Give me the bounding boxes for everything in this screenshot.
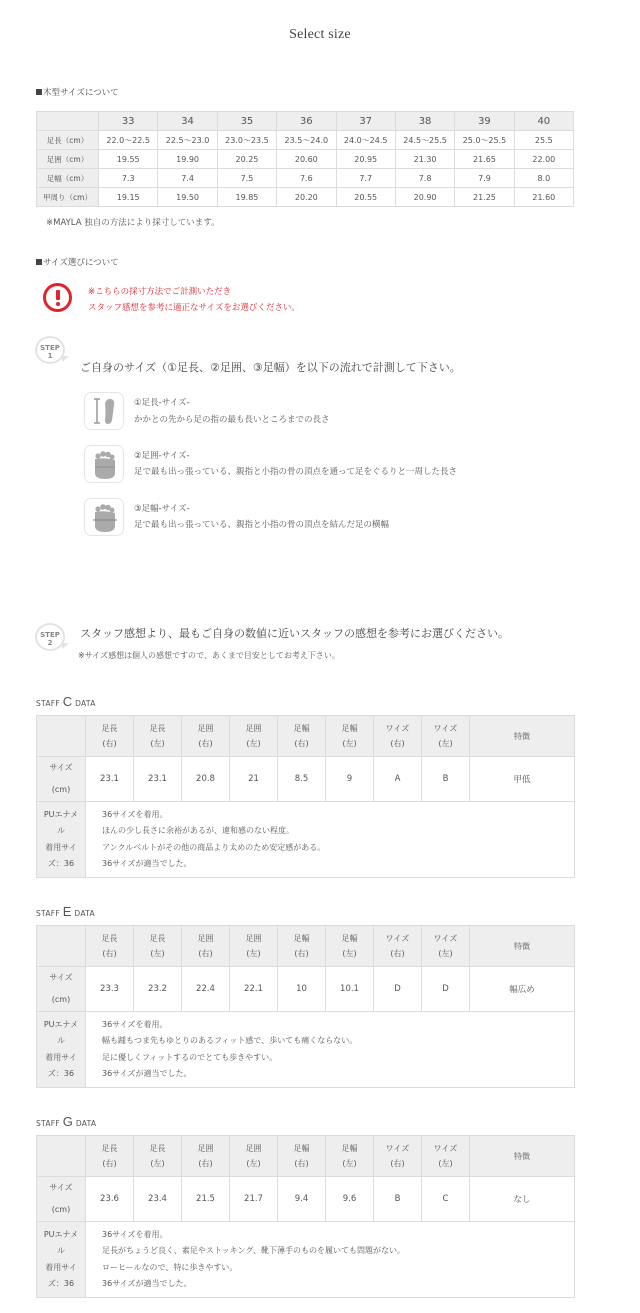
- table-cell: 23.1: [134, 757, 182, 802]
- feature-header: 特徴: [470, 1136, 575, 1177]
- table-cell: 20.60: [277, 150, 336, 169]
- table-cell: 7.7: [336, 169, 395, 188]
- staff-c-table: 足長(右) 足長(左) 足囲(右) 足囲(左) 足幅(右) 足幅(左) ワイズ(…: [36, 715, 575, 878]
- table-cell: 10: [278, 967, 326, 1012]
- last-size-heading: 木型サイズについて: [36, 86, 119, 98]
- measure-description: 足で最も出っ張っている、親指と小指の骨の頂点を結んだ足の横幅: [134, 518, 389, 530]
- table-cell: 23.3: [86, 967, 134, 1012]
- size-header: 40: [514, 112, 573, 131]
- table-cell: 23.4: [134, 1177, 182, 1222]
- table-cell: 19.90: [158, 150, 217, 169]
- table-cell: 21.7: [230, 1177, 278, 1222]
- row-label: PUエナメル着用サイズ：36: [37, 802, 86, 878]
- measure-description: かかとの先から足の指の最も長いところまでの長さ: [134, 413, 330, 425]
- table-cell: 22.00: [514, 150, 573, 169]
- table-cell: 21: [230, 757, 278, 802]
- table-cell: 21.25: [455, 188, 514, 207]
- staff-e-label: STAFF E DATA: [36, 904, 95, 919]
- size-header: 36: [277, 112, 336, 131]
- table-header-row: 足長(右) 足長(左) 足囲(右) 足囲(左) 足幅(右) 足幅(左) ワイズ(…: [37, 716, 575, 757]
- staff-c-label: STAFF C DATA: [36, 694, 96, 709]
- table-row: サイズ(cm) 23.3 23.2 22.4 22.1 10 10.1 D D …: [37, 967, 575, 1012]
- table-cell: 23.5〜24.0: [277, 131, 336, 150]
- table-row: サイズ(cm) 23.1 23.1 20.8 21 8.5 9 A B 甲低: [37, 757, 575, 802]
- table-cell: 22.5〜23.0: [158, 131, 217, 150]
- table-cell: 7.4: [158, 169, 217, 188]
- measure-title: ③足幅-サイズ-: [134, 502, 190, 514]
- feature-header: 特徴: [470, 926, 575, 967]
- feature-cell: なし: [470, 1177, 575, 1222]
- size-header: 35: [217, 112, 276, 131]
- table-cell: 21.30: [395, 150, 454, 169]
- table-cell: B: [422, 757, 470, 802]
- staff-e-table: 足長(右) 足長(左) 足囲(右) 足囲(左) 足幅(右) 足幅(左) ワイズ(…: [36, 925, 575, 1088]
- table-cell: 20.90: [395, 188, 454, 207]
- row-label: 足幅（cm）: [37, 169, 99, 188]
- table-cell: 19.50: [158, 188, 217, 207]
- size-guide-heading: サイズ選びについて: [36, 256, 119, 268]
- comment-cell: 36サイズを着用。ほんの少し長さに余裕があるが、違和感のない程度。アンクルベルト…: [86, 802, 575, 878]
- table-cell: 20.25: [217, 150, 276, 169]
- foot-girth-icon: [84, 445, 124, 483]
- table-cell: 22.1: [230, 967, 278, 1012]
- row-label: サイズ(cm): [37, 1177, 86, 1222]
- size-header: 38: [395, 112, 454, 131]
- table-cell: 21.5: [182, 1177, 230, 1222]
- warning-text: ※こちらの採寸方法でご計測いただき スタッフ感想を参考に適正なサイズをお選びくだ…: [88, 284, 300, 316]
- table-cell: 20.55: [336, 188, 395, 207]
- row-label: 足囲（cm）: [37, 150, 99, 169]
- table-cell: 7.6: [277, 169, 336, 188]
- table-cell: 22.0〜22.5: [99, 131, 158, 150]
- feature-header: 特徴: [470, 716, 575, 757]
- step-1-instruction: ご自身のサイズ（①足長、②足囲、③足幅）を以下の流れで計測して下さい。: [80, 359, 461, 375]
- step-2-badge: STEP2: [35, 623, 67, 653]
- size-header: 37: [336, 112, 395, 131]
- table-row: PUエナメル着用サイズ：36 36サイズを着用。足長がちょうど良く、素足やストッ…: [37, 1222, 575, 1298]
- corner-cell: [37, 112, 99, 131]
- table-cell: 8.5: [278, 757, 326, 802]
- table-row: 甲周り（cm） 19.15 19.50 19.85 20.20 20.55 20…: [37, 188, 574, 207]
- measurement-note: ※MAYLA 独自の方法により採寸しています。: [46, 216, 220, 228]
- table-cell: 23.2: [134, 967, 182, 1012]
- size-header: 33: [99, 112, 158, 131]
- table-header-row: 足長(右) 足長(左) 足囲(右) 足囲(左) 足幅(右) 足幅(左) ワイズ(…: [37, 1136, 575, 1177]
- table-cell: 8.0: [514, 169, 573, 188]
- step-1-badge: STEP1: [35, 336, 67, 366]
- size-header: 39: [455, 112, 514, 131]
- table-cell: 20.8: [182, 757, 230, 802]
- table-cell: 7.3: [99, 169, 158, 188]
- staff-g-label: STAFF G DATA: [36, 1114, 96, 1129]
- comment-cell: 36サイズを着用。幅も踵もつま先もゆとりのあるフィット感で、歩いても痛くならない…: [86, 1012, 575, 1088]
- square-bullet-icon: [36, 259, 42, 265]
- table-cell: 22.4: [182, 967, 230, 1012]
- table-cell: 23.1: [86, 757, 134, 802]
- last-size-table: 33 34 35 36 37 38 39 40 足長（cm） 22.0〜22.5…: [36, 111, 574, 207]
- square-bullet-icon: [36, 89, 42, 95]
- row-label: 足長（cm）: [37, 131, 99, 150]
- table-cell: 25.0〜25.5: [455, 131, 514, 150]
- table-cell: 9: [326, 757, 374, 802]
- measure-title: ②足囲-サイズ-: [134, 449, 190, 461]
- table-row: 足幅（cm） 7.3 7.4 7.5 7.6 7.7 7.8 7.9 8.0: [37, 169, 574, 188]
- table-cell: B: [374, 1177, 422, 1222]
- row-label: サイズ(cm): [37, 967, 86, 1012]
- table-cell: 21.65: [455, 150, 514, 169]
- size-header: 34: [158, 112, 217, 131]
- table-cell: 24.0〜24.5: [336, 131, 395, 150]
- row-label: 甲周り（cm）: [37, 188, 99, 207]
- table-cell: 20.20: [277, 188, 336, 207]
- table-row: サイズ(cm) 23.6 23.4 21.5 21.7 9.4 9.6 B C …: [37, 1177, 575, 1222]
- row-label: PUエナメル着用サイズ：36: [37, 1012, 86, 1088]
- page-title: Select size: [0, 27, 640, 43]
- table-cell: 7.8: [395, 169, 454, 188]
- table-cell: 24.5〜25.5: [395, 131, 454, 150]
- step-2-instruction: スタッフ感想より、最もご自身の数値に近いスタッフの感想を参考にお選びください。: [80, 625, 509, 641]
- table-cell: 9.4: [278, 1177, 326, 1222]
- table-cell: D: [422, 967, 470, 1012]
- table-cell: 23.6: [86, 1177, 134, 1222]
- table-cell: C: [422, 1177, 470, 1222]
- table-cell: 9.6: [326, 1177, 374, 1222]
- table-cell: 7.9: [455, 169, 514, 188]
- feature-cell: 甲低: [470, 757, 575, 802]
- table-row: PUエナメル着用サイズ：36 36サイズを着用。ほんの少し長さに余裕があるが、違…: [37, 802, 575, 878]
- staff-g-table: 足長(右) 足長(左) 足囲(右) 足囲(左) 足幅(右) 足幅(左) ワイズ(…: [36, 1135, 575, 1298]
- feature-cell: 幅広め: [470, 967, 575, 1012]
- table-header-row: 33 34 35 36 37 38 39 40: [37, 112, 574, 131]
- table-row: 足囲（cm） 19.55 19.90 20.25 20.60 20.95 21.…: [37, 150, 574, 169]
- table-cell: 10.1: [326, 967, 374, 1012]
- row-label: PUエナメル着用サイズ：36: [37, 1222, 86, 1298]
- table-cell: 19.15: [99, 188, 158, 207]
- measure-title: ①足長-サイズ-: [134, 396, 190, 408]
- table-cell: 20.95: [336, 150, 395, 169]
- step-2-note: ※サイズ感想は個人の感想ですので、あくまで目安としてお考え下さい。: [78, 650, 340, 661]
- table-cell: 25.5: [514, 131, 573, 150]
- table-row: 足長（cm） 22.0〜22.5 22.5〜23.0 23.0〜23.5 23.…: [37, 131, 574, 150]
- table-cell: 7.5: [217, 169, 276, 188]
- table-row: PUエナメル着用サイズ：36 36サイズを着用。幅も踵もつま先もゆとりのあるフィ…: [37, 1012, 575, 1088]
- table-cell: 19.55: [99, 150, 158, 169]
- table-cell: A: [374, 757, 422, 802]
- exclamation-circle-icon: [43, 283, 72, 312]
- table-cell: D: [374, 967, 422, 1012]
- foot-width-icon: [84, 498, 124, 536]
- measure-description: 足で最も出っ張っている、親指と小指の骨の頂点を通って足をぐるりと一周した長さ: [134, 465, 457, 477]
- row-label: サイズ(cm): [37, 757, 86, 802]
- table-cell: 21.60: [514, 188, 573, 207]
- table-header-row: 足長(右) 足長(左) 足囲(右) 足囲(左) 足幅(右) 足幅(左) ワイズ(…: [37, 926, 575, 967]
- table-cell: 19.85: [217, 188, 276, 207]
- table-cell: 23.0〜23.5: [217, 131, 276, 150]
- foot-length-icon: [84, 392, 124, 430]
- comment-cell: 36サイズを着用。足長がちょうど良く、素足やストッキング、靴下薄手のものを履いて…: [86, 1222, 575, 1298]
